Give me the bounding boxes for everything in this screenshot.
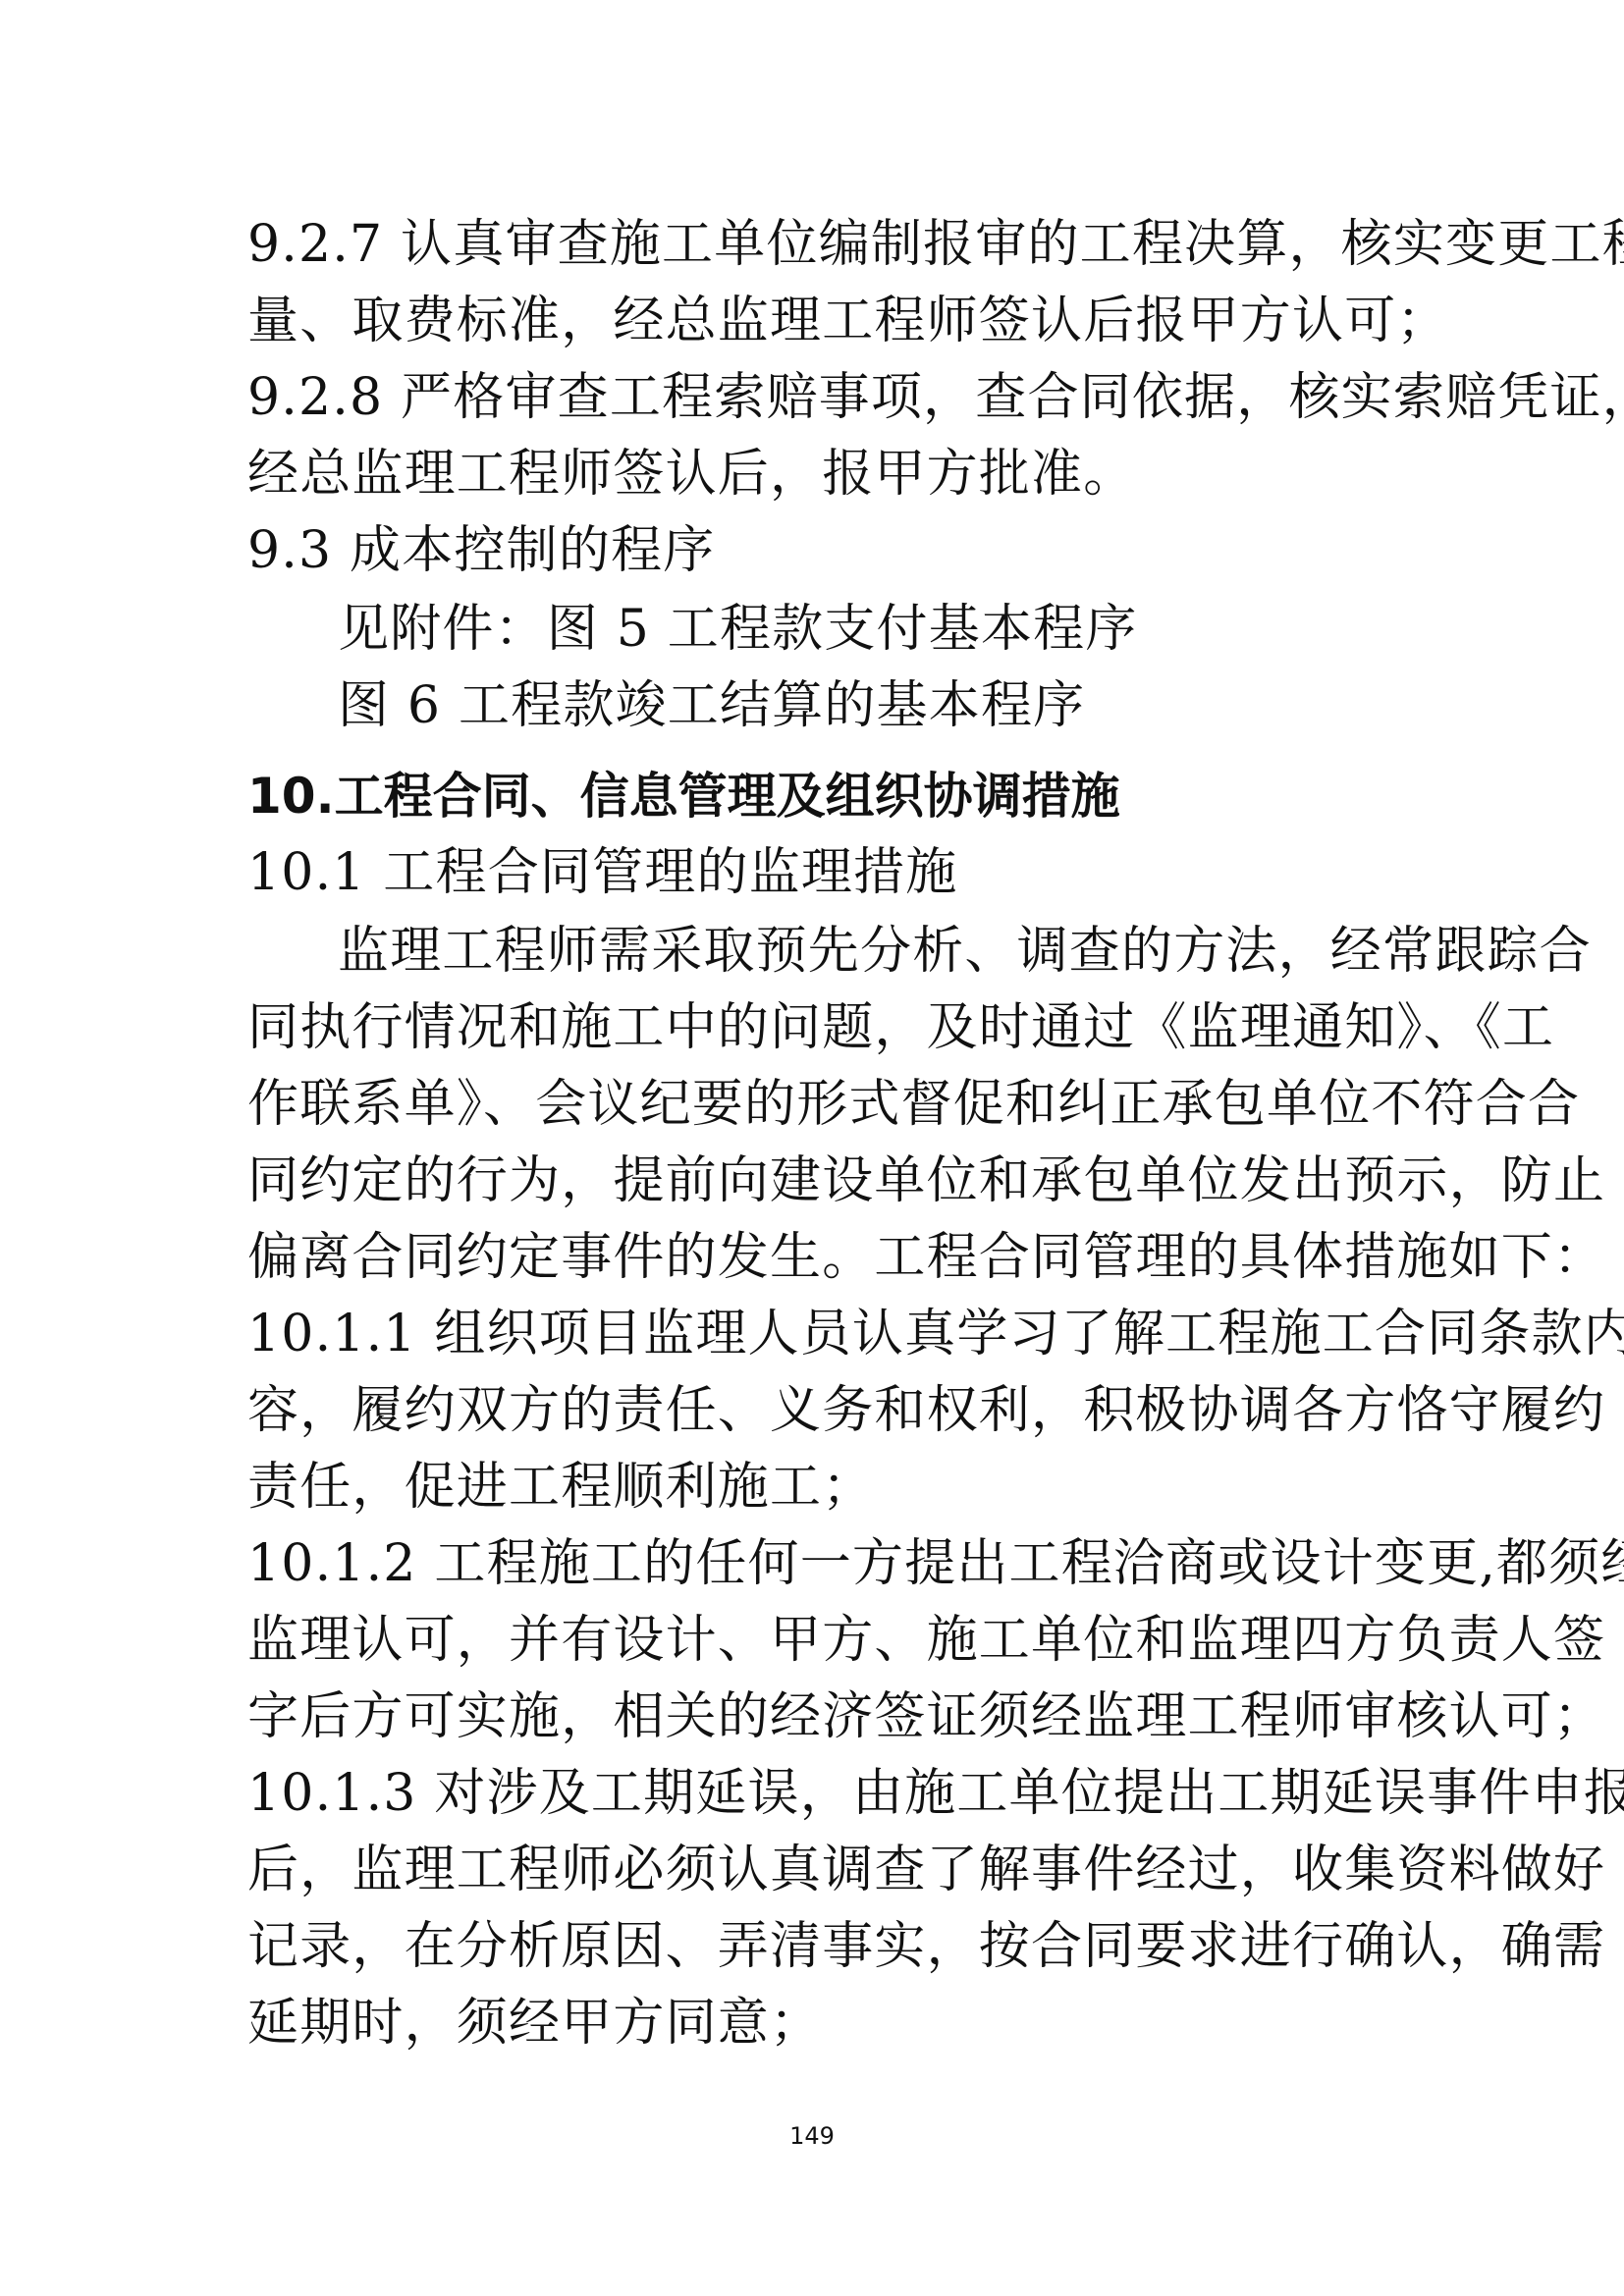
paragraph-10-1-line-1: 监理工程师需采取预先分析、调查的方法，经常跟踪合 (338, 917, 1392, 986)
clause-10-1-1-line-2: 容，履约双方的责任、义务和权利，积极协调各方恪守履约 (247, 1376, 1392, 1445)
clause-10-1-3-line-4: 延期时，须经甲方同意； (247, 1989, 822, 2057)
clause-10-1-2-line-1: 10.1.2 工程施工的任何一方提出工程洽商或设计变更,都须经 (247, 1529, 1392, 1598)
clause-9-2-7-line-2: 量、取费标准，经总监理工程师签认后报甲方认可； (247, 287, 1449, 355)
clause-10-1-1-line-1: 10.1.1 组织项目监理人员认真学习了解工程施工合同条款内 (247, 1300, 1392, 1368)
clause-10-1-3-line-1: 10.1.3 对涉及工期延误，由施工单位提出工期延误事件申报 (247, 1759, 1392, 1828)
chapter-10-heading: 10.工程合同、信息管理及组织协调措施 (247, 762, 1120, 830)
clause-10-1-1-line-3: 责任，促进工程顺利施工； (247, 1453, 874, 1522)
section-9-3-heading: 9.3 成本控制的程序 (247, 516, 715, 585)
paragraph-10-1-line-2: 同执行情况和施工中的问题，及时通过《监理通知》、《工 (247, 993, 1392, 1062)
page-number: 149 (0, 2122, 1624, 2150)
clause-9-2-8-line-2: 经总监理工程师签认后，报甲方批准。 (247, 440, 1135, 508)
clause-9-2-8-line-1: 9.2.8 严格审查工程索赔事项，查合同依据，核实索赔凭证， (247, 363, 1392, 432)
clause-10-1-2-line-2: 监理认可，并有设计、甲方、施工单位和监理四方负责人签 (247, 1606, 1392, 1675)
paragraph-10-1-line-5: 偏离合同约定事件的发生。工程合同管理的具体措施如下： (247, 1223, 1392, 1292)
clause-10-1-2-line-3: 字后方可实施，相关的经济签证须经监理工程师审核认可； (247, 1682, 1605, 1751)
paragraph-10-1-line-3: 作联系单》、会议纪要的形式督促和纠正承包单位不符合合 (247, 1070, 1392, 1139)
attachment-ref-figure-6: 图 6 工程款竣工结算的基本程序 (338, 671, 1085, 740)
clause-10-1-3-line-2: 后，监理工程师必须认真调查了解事件经过，收集资料做好 (247, 1836, 1392, 1904)
section-10-1-heading: 10.1 工程合同管理的监理措施 (247, 838, 958, 907)
clause-10-1-3-line-3: 记录，在分析原因、弄清事实，按合同要求进行确认，确需 (247, 1912, 1392, 1981)
attachment-ref-figure-5: 见附件：图 5 工程款支付基本程序 (338, 595, 1138, 664)
paragraph-10-1-line-4: 同约定的行为，提前向建设单位和承包单位发出预示，防止 (247, 1147, 1392, 1215)
clause-9-2-7-line-1: 9.2.7 认真审查施工单位编制报审的工程决算，核实变更工程 (247, 210, 1392, 279)
